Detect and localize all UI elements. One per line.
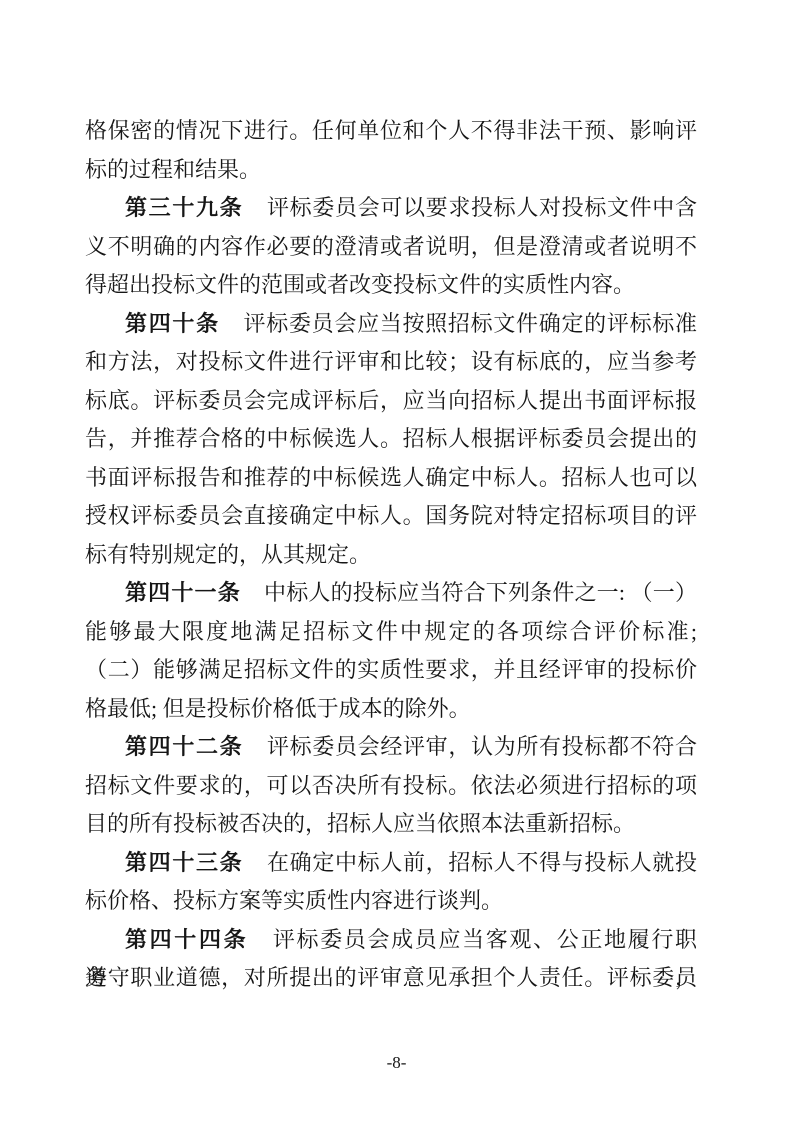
text-block: 格保密的情况下进行。任何单位和个人不得非法干预、影响评 标的过程和结果。 第三十… bbox=[85, 112, 697, 998]
text-line: 标价格、投标方案等实质性内容进行谈判。 bbox=[85, 882, 697, 921]
line-text: 招标文件要求的，可以否决所有投标。依法必须进行招标的项 bbox=[85, 773, 697, 798]
text-line: 招标文件要求的，可以否决所有投标。依法必须进行招标的项 bbox=[85, 767, 697, 806]
line-text: 目的所有投标被否决的，招标人应当依照本法重新招标。 bbox=[85, 811, 635, 836]
article-number: 第四十三条 bbox=[125, 850, 267, 875]
article-number: 第四十条 bbox=[125, 311, 244, 336]
line-text: 在确定中标人前，招标人不得与投标人就投 bbox=[267, 850, 697, 875]
line-text: 和方法，对投标文件进行评审和比较；设有标底的，应当参考 bbox=[85, 349, 697, 374]
article-number: 第四十四条 bbox=[125, 927, 273, 952]
line-text: 评标委员会经评审，认为所有投标都不符合 bbox=[267, 734, 697, 759]
page-number: -8- bbox=[0, 1052, 793, 1074]
text-line: 告，并推荐合格的中标候选人。招标人根据评标委员会提出的 bbox=[85, 420, 697, 459]
text-line: 第四十二条 评标委员会经评审，认为所有投标都不符合 bbox=[85, 728, 697, 767]
line-text: 告，并推荐合格的中标候选人。招标人根据评标委员会提出的 bbox=[85, 426, 697, 451]
line-text: 能够最大限度地满足招标文件中规定的各项综合评价标准; bbox=[85, 619, 697, 644]
text-line: 第四十四条 评标委员会成员应当客观、公正地履行职务， bbox=[85, 921, 697, 960]
line-text: 标的过程和结果。 bbox=[85, 157, 261, 182]
line-text: 书面评标报告和推荐的中标候选人确定中标人。招标人也可以 bbox=[85, 465, 697, 490]
line-text: 格最低; 但是投标价格低于成本的除外。 bbox=[85, 696, 471, 721]
text-line: 第四十一条 中标人的投标应当符合下列条件之一: （一） bbox=[85, 574, 697, 613]
line-text: （二）能够满足招标文件的实质性要求，并且经评审的投标价 bbox=[85, 657, 697, 682]
line-text: 得超出投标文件的范围或者改变投标文件的实质性内容。 bbox=[85, 272, 635, 297]
line-text: 标底。评标委员会完成评标后，应当向招标人提出书面评标报 bbox=[85, 388, 697, 413]
text-line: 标的过程和结果。 bbox=[85, 151, 697, 190]
line-text: 中标人的投标应当符合下列条件之一: （一） bbox=[264, 580, 697, 605]
text-line: 第三十九条 评标委员会可以要求投标人对投标文件中含 bbox=[85, 189, 697, 228]
text-line: 能够最大限度地满足招标文件中规定的各项综合评价标准; bbox=[85, 613, 697, 652]
line-text: 标有特别规定的，从其规定。 bbox=[85, 542, 371, 567]
text-line: 标底。评标委员会完成评标后，应当向招标人提出书面评标报 bbox=[85, 382, 697, 421]
text-line: 格保密的情况下进行。任何单位和个人不得非法干预、影响评 bbox=[85, 112, 697, 151]
line-text: 格保密的情况下进行。任何单位和个人不得非法干预、影响评 bbox=[85, 118, 697, 143]
article-number: 第四十二条 bbox=[125, 734, 267, 759]
text-line: 第四十三条 在确定中标人前，招标人不得与投标人就投 bbox=[85, 844, 697, 883]
article-number: 第四十一条 bbox=[125, 580, 264, 605]
text-line: 义不明确的内容作必要的澄清或者说明，但是澄清或者说明不 bbox=[85, 228, 697, 267]
text-line: 书面评标报告和推荐的中标候选人确定中标人。招标人也可以 bbox=[85, 459, 697, 498]
text-line: 第四十条 评标委员会应当按照招标文件确定的评标标准 bbox=[85, 305, 697, 344]
article-number: 第三十九条 bbox=[125, 195, 267, 220]
document-page: 格保密的情况下进行。任何单位和个人不得非法干预、影响评 标的过程和结果。 第三十… bbox=[0, 0, 793, 1122]
text-line: 格最低; 但是投标价格低于成本的除外。 bbox=[85, 690, 697, 729]
line-text: 遵守职业道德，对所提出的评审意见承担个人责任。评标委员 bbox=[85, 965, 697, 990]
line-text: 授权评标委员会直接确定中标人。国务院对特定招标项目的评 bbox=[85, 503, 697, 528]
line-text: 义不明确的内容作必要的澄清或者说明，但是澄清或者说明不 bbox=[85, 234, 697, 259]
line-text: 评标委员会应当按照招标文件确定的评标标准 bbox=[244, 311, 697, 336]
line-text: 标价格、投标方案等实质性内容进行谈判。 bbox=[85, 888, 503, 913]
text-line: 标有特别规定的，从其规定。 bbox=[85, 536, 697, 575]
text-line: 目的所有投标被否决的，招标人应当依照本法重新招标。 bbox=[85, 805, 697, 844]
line-text: 评标委员会可以要求投标人对投标文件中含 bbox=[267, 195, 697, 220]
text-line: 得超出投标文件的范围或者改变投标文件的实质性内容。 bbox=[85, 266, 697, 305]
text-line: 遵守职业道德，对所提出的评审意见承担个人责任。评标委员 bbox=[85, 959, 697, 998]
text-line: 和方法，对投标文件进行评审和比较；设有标底的，应当参考 bbox=[85, 343, 697, 382]
text-line: （二）能够满足招标文件的实质性要求，并且经评审的投标价 bbox=[85, 651, 697, 690]
text-line: 授权评标委员会直接确定中标人。国务院对特定招标项目的评 bbox=[85, 497, 697, 536]
